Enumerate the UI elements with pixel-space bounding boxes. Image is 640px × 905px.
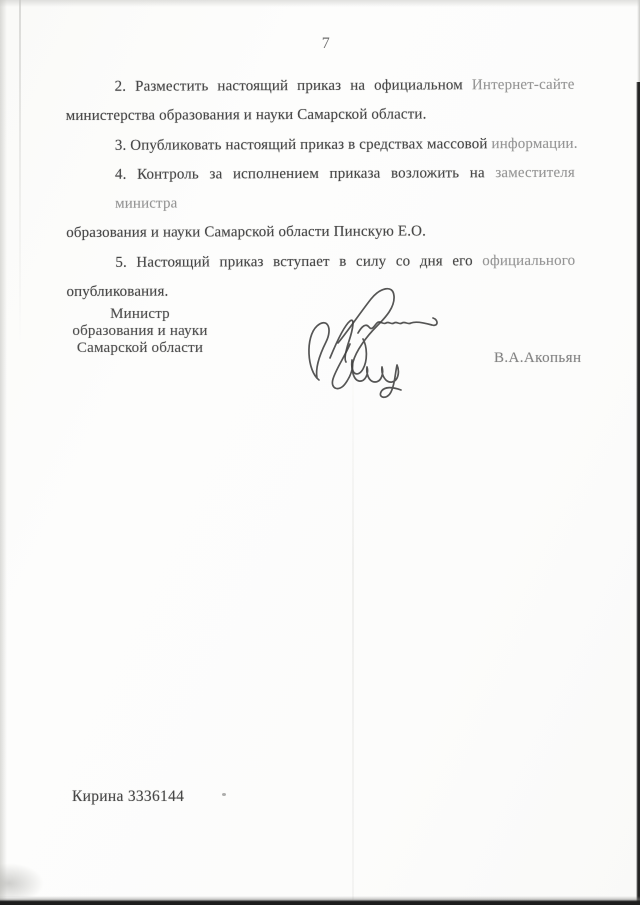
signer-name: В.А.Акопьян <box>494 350 581 367</box>
line-text-faded: Интернет-сайте <box>472 77 575 93</box>
paragraph-line: образования и науки Самарской области Пи… <box>66 217 575 249</box>
minister-title-line: Министр <box>64 306 216 323</box>
scan-speck <box>222 793 226 796</box>
line-text: 5. Настоящий приказ вступает в силу со д… <box>115 253 473 271</box>
minister-title-line: Самарской области <box>64 340 216 357</box>
minister-title-line: образования и науки <box>64 323 216 340</box>
paragraph-line: 4. Контроль за исполнением приказа возло… <box>66 159 575 220</box>
scan-edge-bottom <box>0 896 640 905</box>
scan-edge-right <box>636 82 640 905</box>
line-text-faded: информации. <box>491 135 577 151</box>
line-text: опубликования. <box>66 284 168 300</box>
line-text: 2. Разместить настоящий приказ на официа… <box>115 77 463 95</box>
line-text: 4. Контроль за исполнением приказа возло… <box>115 165 485 183</box>
signature-scribble <box>292 281 442 399</box>
line-text: министерства образования и науки Самарск… <box>66 107 427 125</box>
scan-edge-top <box>0 0 640 7</box>
page-number: 7 <box>0 35 640 53</box>
scanned-page: 7 2. Разместить настоящий приказ на офиц… <box>0 0 640 905</box>
scan-smudge-bottom-left <box>0 863 44 897</box>
minister-title: Министр образования и науки Самарской об… <box>64 306 216 356</box>
footer-contact: Кирина 3336144 <box>72 788 184 806</box>
paragraph-line: 2. Разместить настоящий приказ на официа… <box>65 71 574 103</box>
paragraph-line: 3. Опубликовать настоящий приказ в средс… <box>66 129 575 161</box>
order-body: 2. Разместить настоящий приказ на официа… <box>65 71 575 308</box>
line-text: 3. Опубликовать настоящий приказ в средс… <box>115 136 488 154</box>
line-text-faded: официального <box>482 253 575 269</box>
line-text: образования и науки Самарской области Пи… <box>66 224 426 242</box>
scan-edge-left <box>0 0 7 905</box>
paper-fold-line-middle <box>352 340 354 900</box>
paragraph-line: 5. Настоящий приказ вступает в силу со д… <box>66 247 575 279</box>
paragraph-line: министерства образования и науки Самарск… <box>66 100 575 132</box>
